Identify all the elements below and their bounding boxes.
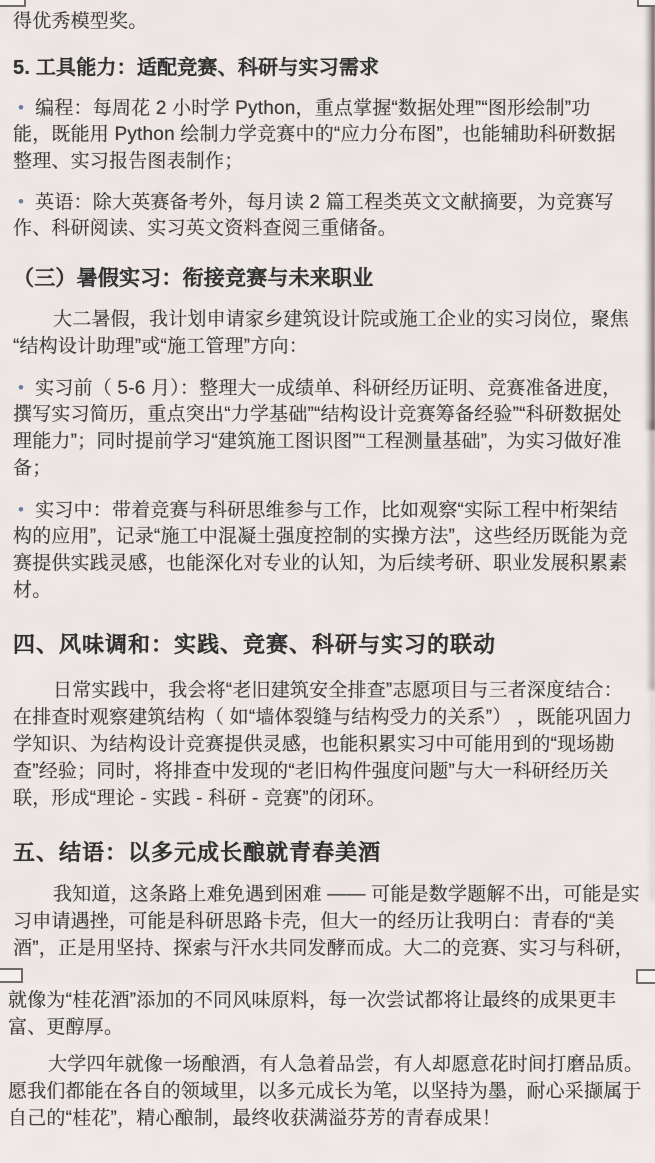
text-line: 愿我们都能在各自的领域里，以多元成长为笔，以坚持为墨，耐心采撷属于 <box>8 1078 655 1105</box>
text-line: 能，既能用 Python 绘制力学竞赛中的“应力分布图”，也能辅助科研数据 <box>13 121 655 148</box>
paragraph-conclusion-2: 就像为“桂花酒”添加的不同风味原料，每一次尝试都将让最终的成果更丰 富、更醇厚。 <box>8 987 655 1041</box>
crop-handle-middle-left[interactable] <box>0 968 23 983</box>
bullet-paragraph-coding: •编程：每周花 2 小时学 Python，重点掌握“数据处理”“图形绘制”功 能… <box>13 94 655 175</box>
heading-summer-internship: （三）暑假实习：衔接竞赛与未来职业 <box>13 265 655 293</box>
text-line: •实习前（ 5-6 月）：整理大一成绩单、科研经历证明、竞赛准备进度， <box>13 374 655 401</box>
text-line: 自己的“桂花”，精心酿制，最终收获满溢芬芳的青春成果！ <box>8 1105 655 1132</box>
heading-text: 5. 工具能力：适配竞赛、科研与实习需求 <box>13 55 655 82</box>
bullet-text: 英语：除大英赛备考外，每月读 2 篇工程类英文文献摘要，为竞赛写 <box>35 192 614 213</box>
text-line: 酒”，正是用坚持、探索与汗水共同发酵而成。大二的竞赛、实习与科研， <box>13 935 655 962</box>
text-line: 材。 <box>13 577 655 604</box>
text-line: 我知道，这条路上难免遇到困难 —— 可能是数学题解不出，可能是实 <box>13 881 655 908</box>
text-line: 备； <box>13 455 655 482</box>
bullet-text: 实习前（ 5-6 月）：整理大一成绩单、科研经历证明、竞赛准备进度， <box>35 378 621 399</box>
bullet-icon: • <box>18 378 24 397</box>
bullet-paragraph-english: •英语：除大英赛备考外，每月读 2 篇工程类英文文献摘要，为竞赛写 作、科研阅读… <box>13 188 655 242</box>
paragraph-internship-intro: 大二暑假，我计划申请家乡建筑设计院或施工企业的实习岗位，聚焦 “结构设计助理”或… <box>13 306 655 360</box>
text-line: 在排查时观察建筑结构（ 如“墙体裂缝与结构受力的关系”） ，既能巩固力 <box>13 704 655 731</box>
text-line: 作、科研阅读、实习英文资料查阅三重储备。 <box>13 215 655 242</box>
heading-text: （三）暑假实习：衔接竞赛与未来职业 <box>13 265 655 293</box>
text-line: 学知识、为结构设计竞赛提供灵感，也能积累实习中可能用到的“现场勘 <box>13 731 655 758</box>
bullet-icon: • <box>18 192 24 211</box>
text-line: 查”经验；同时，将排查中发现的“老旧构件强度问题”与大一科研经历关 <box>13 758 655 785</box>
text-line: 联，形成“理论 - 实践 - 科研 - 竞赛”的闭环。 <box>13 785 655 812</box>
bullet-icon: • <box>18 98 24 117</box>
document-photo: 得优秀模型奖。 5. 工具能力：适配竞赛、科研与实习需求 •编程：每周花 2 小… <box>0 0 655 1163</box>
text-line: “结构设计助理”或“施工管理”方向： <box>13 333 655 360</box>
bullet-icon: • <box>18 500 24 519</box>
heading-tools: 5. 工具能力：适配竞赛、科研与实习需求 <box>13 55 655 82</box>
text-line: 整理、实习报告图表制作； <box>13 148 655 175</box>
bullet-paragraph-during-internship: •实习中：带着竞赛与科研思维参与工作，比如观察“实际工程中桁架结 构的应用”，记… <box>13 496 655 604</box>
text-line: •英语：除大英赛备考外，每月读 2 篇工程类英文文献摘要，为竞赛写 <box>13 188 655 215</box>
crop-handle-middle-right[interactable] <box>636 969 655 984</box>
text-line: 理能力”；同时提前学习“建筑施工图识图”“工程测量基础”，为实习做好准 <box>13 428 655 455</box>
text-line: 日常实践中，我会将“老旧建筑安全排查”志愿项目与三者深度结合： <box>13 677 655 704</box>
bullet-text: 编程：每周花 2 小时学 Python，重点掌握“数据处理”“图形绘制”功 <box>35 98 590 119</box>
crop-handle-top-right[interactable] <box>637 0 655 7</box>
text-line: 得优秀模型奖。 <box>13 8 655 35</box>
text-line: 习申请遇挫，可能是科研思路卡壳，但大一的经历让我明白：青春的“美 <box>13 908 655 935</box>
bullet-paragraph-before-internship: •实习前（ 5-6 月）：整理大一成绩单、科研经历证明、竞赛准备进度， 撰写实习… <box>13 374 655 482</box>
heading-section-five: 五、结语：以多元成长酿就青春美酒 <box>13 838 655 868</box>
paragraph-linkage: 日常实践中，我会将“老旧建筑安全排查”志愿项目与三者深度结合： 在排查时观察建筑… <box>13 677 655 812</box>
text-line: 就像为“桂花酒”添加的不同风味原料，每一次尝试都将让最终的成果更丰 <box>8 987 655 1014</box>
heading-text: 四、风味调和：实践、竞赛、科研与实习的联动 <box>13 630 655 660</box>
crop-handle-top-left[interactable] <box>0 0 26 7</box>
text-line: 赛提供实践灵感，也能深化对专业的认知，为后续考研、职业发展积累素 <box>13 550 655 577</box>
paragraph-carryover: 得优秀模型奖。 <box>13 8 655 35</box>
paragraph-conclusion-3: 大学四年就像一场酿酒，有人急着品尝，有人却愿意花时间打磨品质。 愿我们都能在各自… <box>8 1051 655 1132</box>
text-line: 大学四年就像一场酿酒，有人急着品尝，有人却愿意花时间打磨品质。 <box>8 1051 655 1078</box>
text-line: 撰写实习简历，重点突出“力学基础”“结构设计竞赛筹备经验”“科研数据处 <box>13 401 655 428</box>
heading-section-four: 四、风味调和：实践、竞赛、科研与实习的联动 <box>13 630 655 660</box>
text-line: 构的应用”，记录“施工中混凝土强度控制的实操方法”，这些经历既能为竞 <box>13 523 655 550</box>
text-line: 大二暑假，我计划申请家乡建筑设计院或施工企业的实习岗位，聚焦 <box>13 306 655 333</box>
bullet-text: 实习中：带着竞赛与科研思维参与工作，比如观察“实际工程中桁架结 <box>35 500 618 521</box>
text-line: •编程：每周花 2 小时学 Python，重点掌握“数据处理”“图形绘制”功 <box>13 94 655 121</box>
text-line: 富、更醇厚。 <box>8 1014 655 1041</box>
heading-text: 五、结语：以多元成长酿就青春美酒 <box>13 838 655 868</box>
text-line: •实习中：带着竞赛与科研思维参与工作，比如观察“实际工程中桁架结 <box>13 496 655 523</box>
paragraph-conclusion-1: 我知道，这条路上难免遇到困难 —— 可能是数学题解不出，可能是实 习申请遇挫，可… <box>13 881 655 962</box>
